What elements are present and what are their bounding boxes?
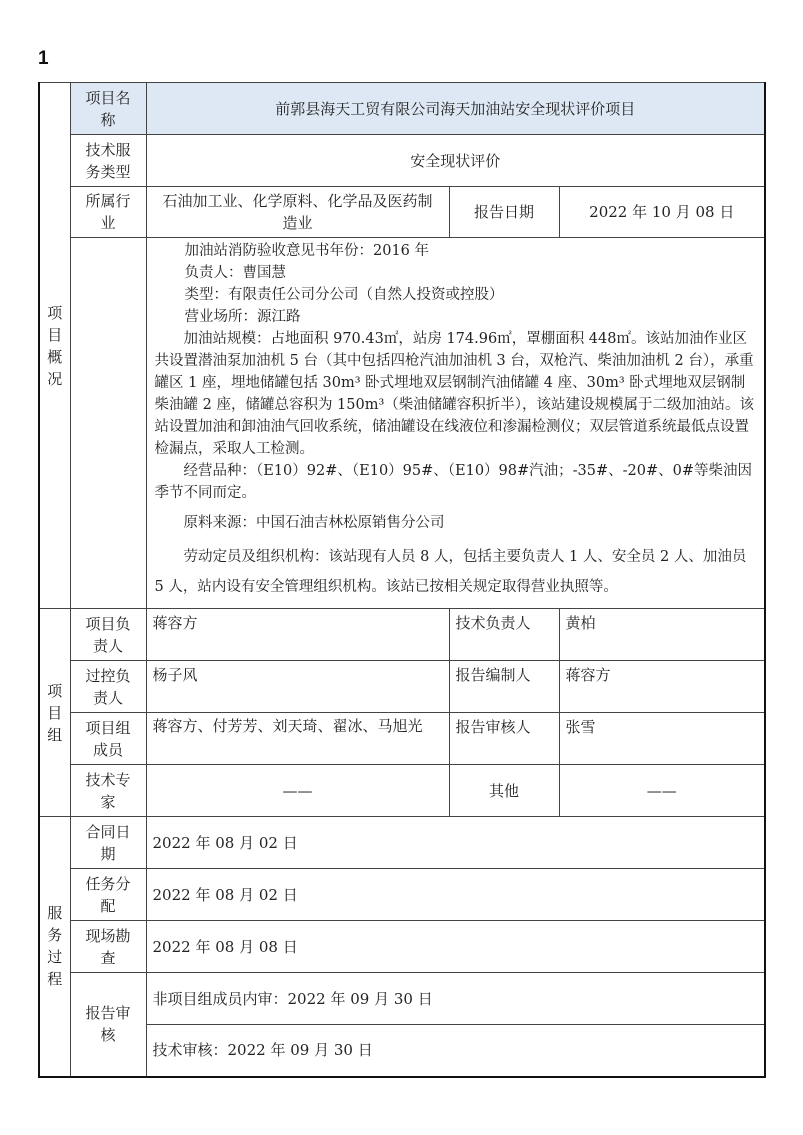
project-name-value: 前郭县海天工贸有限公司海天加油站安全现状评价项目 (146, 83, 765, 135)
summary-company-type: 类型：有限责任公司分公司（自然人投资或控股） (155, 284, 757, 306)
team-row-label: 项目负责人 (70, 609, 146, 661)
team-row-value2: 黄柏 (559, 609, 765, 661)
team-row-value2: 张雪 (559, 713, 765, 765)
team-row-value: 杨子风 (146, 661, 449, 713)
process-row-label: 现场勘查 (70, 921, 146, 973)
group-label-team: 项目组 (39, 609, 70, 817)
team-row-value2: —— (559, 765, 765, 817)
summary-material-source: 原料来源：中国石油吉林松原销售分公司 (155, 512, 757, 534)
internal-review-value: 非项目组成员内审：2022 年 09 月 30 日 (146, 973, 765, 1025)
service-type-value: 安全现状评价 (146, 135, 765, 187)
industry-label: 所属行业 (70, 187, 146, 238)
summary-staffing: 劳动定员及组织机构：该站现有人员 8 人，包括主要负责人 1 人、安全员 2 人… (155, 542, 757, 602)
project-summary: 加油站消防验收意见书年份：2016 年 负责人：曹国慧 类型：有限责任公司分公司… (146, 238, 765, 609)
group-label-overview: 项目概况 (39, 83, 70, 609)
team-row-label: 过控负责人 (70, 661, 146, 713)
process-row-label: 任务分配 (70, 869, 146, 921)
team-row-label2: 报告编制人 (449, 661, 559, 713)
process-row-value: 2022 年 08 月 08 日 (146, 921, 765, 973)
summary-business-location: 营业场所：源江路 (155, 306, 757, 328)
report-review-label: 报告审核 (70, 973, 146, 1077)
process-row-value: 2022 年 08 月 02 日 (146, 817, 765, 869)
report-date-label: 报告日期 (449, 187, 559, 238)
summary-fire-acceptance-year: 加油站消防验收意见书年份：2016 年 (155, 240, 757, 262)
summary-station-scale: 加油站规模：占地面积 970.43㎡，站房 174.96㎡，罩棚面积 448㎡。… (155, 328, 757, 460)
project-record-table: 项目概况 项目名称 前郭县海天工贸有限公司海天加油站安全现状评价项目 技术服务类… (38, 82, 766, 1078)
page-number: 1 (38, 48, 49, 70)
team-row-label2: 报告审核人 (449, 713, 559, 765)
group-label-process: 服务过程 (39, 817, 70, 1077)
team-row-value: —— (146, 765, 449, 817)
team-row-value: 蒋容方 (146, 609, 449, 661)
team-row-label2: 技术负责人 (449, 609, 559, 661)
service-type-label: 技术服务类型 (70, 135, 146, 187)
process-row-label: 合同日期 (70, 817, 146, 869)
project-name-label: 项目名称 (70, 83, 146, 135)
summary-person-in-charge: 负责人：曹国慧 (155, 262, 757, 284)
summary-label-empty (70, 238, 146, 609)
summary-products: 经营品种：（E10）92#、（E10）95#、（E10）98#汽油；-35#、-… (155, 460, 757, 504)
team-row-value2: 蒋容方 (559, 661, 765, 713)
team-row-value: 蒋容方、付芳芳、刘天琦、翟冰、马旭光 (146, 713, 449, 765)
team-row-label2: 其他 (449, 765, 559, 817)
team-row-label: 项目组成员 (70, 713, 146, 765)
industry-value: 石油加工业、化学原料、化学品及医药制造业 (146, 187, 449, 238)
process-row-value: 2022 年 08 月 02 日 (146, 869, 765, 921)
team-row-label: 技术专家 (70, 765, 146, 817)
technical-review-value: 技术审核：2022 年 09 月 30 日 (146, 1025, 765, 1077)
report-date-value: 2022 年 10 月 08 日 (559, 187, 765, 238)
